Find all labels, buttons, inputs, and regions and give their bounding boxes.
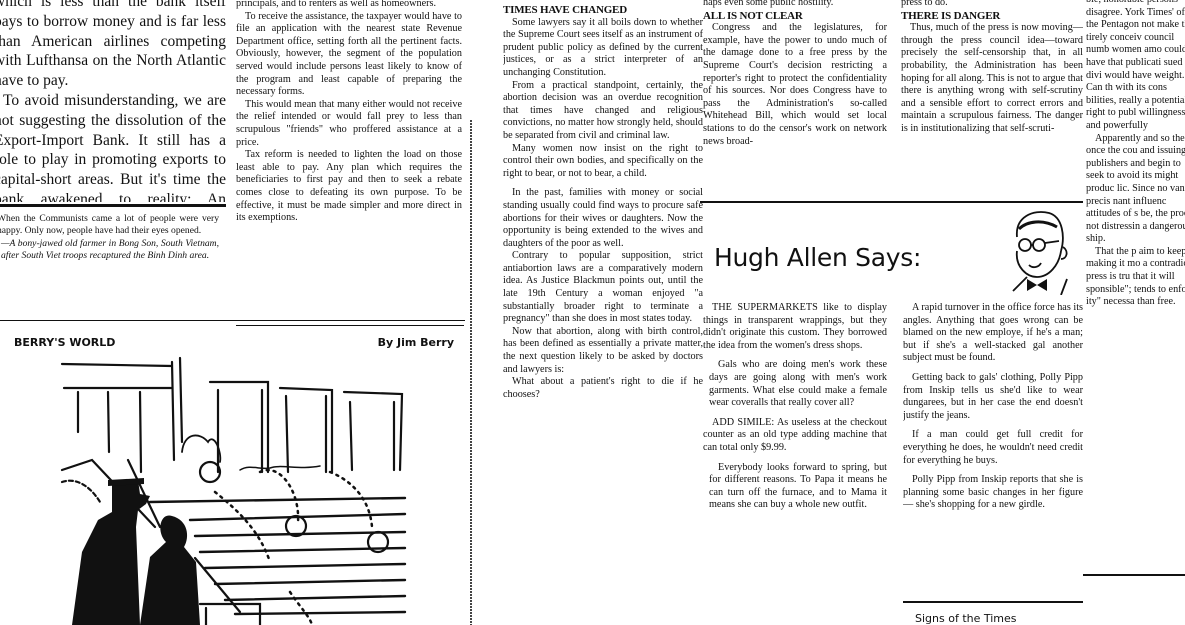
editorial-press-freedom-part1: haps even some public hostility. ALL IS …	[703, 0, 887, 197]
cartoon-title: BERRY'S WORLD	[14, 336, 115, 349]
column-divider-rule	[1083, 574, 1185, 576]
hugh-allen-item: Gals who are doing men's work these days…	[703, 359, 887, 409]
paragraph: Some lawyers say it all boils down to wh…	[503, 17, 703, 80]
editorial-abortion-decision: TIMES HAVE CHANGED Some lawyers say it a…	[503, 4, 703, 625]
subhead-times-have-changed: TIMES HAVE CHANGED	[503, 4, 703, 17]
cartoon-byline: By Jim Berry	[378, 336, 454, 349]
hugh-allen-portrait-icon	[1003, 207, 1073, 295]
editorial-tax-relief: principals, and to renters as well as ho…	[236, 0, 462, 306]
column-divider-rule	[236, 325, 464, 326]
paragraph: This would mean that many either would n…	[236, 99, 462, 149]
hugh-allen-item: THE SUPERMARKETS like to display things …	[703, 302, 887, 352]
paragraph: which is less than the bank itself pays …	[0, 0, 226, 91]
hugh-allen-item: If a man could get full credit for every…	[903, 429, 1083, 467]
column-title-signs-of-the-times: Signs of the Times	[915, 612, 1017, 625]
paragraph: haps even some public hostility.	[703, 0, 887, 10]
section-divider-rule	[903, 601, 1083, 603]
hugh-allen-item: A rapid turnover in the office force has…	[903, 302, 1083, 365]
hugh-allen-column-right: A rapid turnover in the office force has…	[903, 302, 1083, 592]
column-divider-dotted	[470, 120, 472, 625]
hugh-allen-item: Getting back to gals' clothing, Polly Pi…	[903, 372, 1083, 422]
paragraph: To receive the assistance, the taxpayer …	[236, 11, 462, 99]
hugh-allen-item: Everybody looks forward to spring, but f…	[703, 462, 887, 512]
paragraph: Now that abortion, along with birth cont…	[503, 326, 703, 376]
paragraph: To avoid misunderstanding, we are not su…	[0, 91, 226, 202]
column-title-hugh-allen: Hugh Allen Says:	[714, 243, 921, 272]
hugh-allen-item: ADD SIMILE: As useless at the checkout c…	[703, 417, 887, 455]
subhead-all-is-not-clear: ALL IS NOT CLEAR	[703, 10, 887, 23]
editorial-press-freedom-part2: press to do. THERE IS DANGER Thus, much …	[901, 0, 1083, 197]
quote-box: When the Communists came a lot of people…	[0, 213, 219, 313]
paragraph: That the p aim to keep t making it mo a …	[1086, 246, 1185, 309]
editorial-export-import-bank: which is less than the bank itself pays …	[0, 0, 226, 202]
hugh-allen-item: Polly Pipp from Inskip reports that she …	[903, 474, 1083, 512]
paragraph: In the past, families with money or soci…	[503, 187, 703, 250]
paragraph: Contrary to popular supposition, strict …	[503, 250, 703, 326]
paragraph: press to do.	[901, 0, 1083, 10]
column-divider-rule	[0, 204, 226, 207]
paragraph: From a practical standpoint, certainly, …	[503, 80, 703, 143]
paragraph: Many women now insist on the right to co…	[503, 143, 703, 181]
section-divider-rule	[700, 201, 1083, 203]
paragraph: Thus, much of the press is now moving—th…	[901, 22, 1083, 135]
section-divider-rule	[0, 320, 465, 321]
quote-attribution: —A bony-jawed old farmer in Bong Son, So…	[0, 238, 219, 263]
paragraph: Tax reform is needed to lighten the load…	[236, 149, 462, 225]
berrys-world-cartoon-image	[0, 352, 465, 625]
hugh-allen-column-left: THE SUPERMARKETS like to display things …	[703, 302, 887, 625]
paragraph: Apparently and so the once the cou and i…	[1086, 133, 1185, 246]
paragraph: principals, and to renters as well as ho…	[236, 0, 462, 11]
quote-text: When the Communists came a lot of people…	[0, 213, 219, 238]
paragraph: Congress and the legislatures, for examp…	[703, 22, 887, 148]
subhead-there-is-danger: THERE IS DANGER	[901, 10, 1083, 23]
paragraph: ble, honorable persons disagree. York Ti…	[1086, 0, 1185, 133]
editorial-press-freedom-part3: ble, honorable persons disagree. York Ti…	[1086, 0, 1185, 574]
paragraph: What about a patient's right to die if h…	[503, 376, 703, 401]
cartoon-header: BERRY'S WORLD By Jim Berry	[14, 336, 454, 349]
